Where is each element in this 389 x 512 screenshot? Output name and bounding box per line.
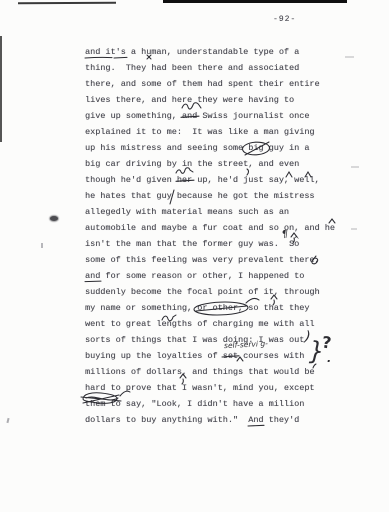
- typed-line: up his mistress and seeing some big guy …: [85, 140, 385, 156]
- typed-line: suddenly become the focal point of it, t…: [85, 284, 385, 300]
- typed-line: dollars to buy anything with." And they'…: [85, 412, 385, 428]
- typed-line: and for some reason or other, I happened…: [85, 268, 385, 284]
- typed-line: explained it to me: It was like a man gi…: [85, 124, 385, 140]
- typed-line: thing. They had been there and associate…: [85, 60, 385, 76]
- typed-line: hard to prove that I wasn't, mind you, e…: [85, 380, 385, 396]
- typed-line: give up something, and Swiss journalist …: [85, 108, 385, 124]
- typed-line: went to great lengths of charging me wit…: [85, 316, 385, 332]
- typed-line: he hates that guy because he got the mis…: [85, 188, 385, 204]
- typed-line: automobile and maybe a fur coat and so o…: [85, 220, 385, 236]
- scan-artifact-top-line-left: [18, 2, 116, 4]
- typed-line: millions of dollars, and things that wou…: [85, 364, 385, 380]
- scan-artifact-edge-mark: [6, 418, 9, 423]
- insert-caret-annotation: ^: [293, 235, 300, 244]
- scan-artifact-left-edge-line: [0, 36, 2, 142]
- typed-line: isn't the man that the former guy was. S…: [85, 236, 385, 252]
- typed-text-block: and it's a human, understandable type of…: [85, 44, 385, 428]
- document-page: -92- and it's a human, understandable ty…: [0, 0, 389, 512]
- margin-question-mark-annotation: ?: [321, 333, 332, 353]
- typed-line: some of this feeling was very prevalent …: [85, 252, 385, 268]
- page-number: -92-: [273, 15, 296, 24]
- typed-line: though he'd given her up, he'd just say,…: [85, 172, 385, 188]
- margin-period-annotation: .: [327, 352, 331, 365]
- scan-artifact-top-line-right: [163, 0, 347, 3]
- typed-line: my name or something, or other, so that …: [85, 300, 385, 316]
- typed-line: big car driving by in the street, and ev…: [85, 156, 385, 172]
- scan-artifact-tick: [41, 243, 43, 248]
- typed-line: there, and some of them had spent their …: [85, 76, 385, 92]
- typed-line: allegedly with material means such as an: [85, 204, 385, 220]
- typed-line: buying up the loyalties of set courses w…: [85, 348, 385, 364]
- typed-line: them to say, "Look, I didn't have a mill…: [85, 396, 385, 412]
- scan-artifact-blob: [50, 216, 58, 221]
- typed-line: and it's a human, understandable type of…: [85, 44, 385, 60]
- pilcrow-annotation: ¶: [282, 229, 289, 240]
- typed-line: lives there, and here they were having t…: [85, 92, 385, 108]
